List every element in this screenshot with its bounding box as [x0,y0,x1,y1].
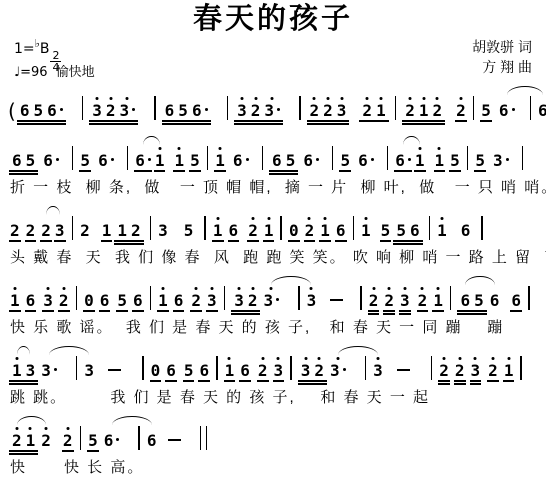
note: 2 [313,363,325,379]
barline [365,356,367,380]
note-digit: 6 [166,361,176,380]
dash-note [168,439,181,441]
note-digit: 6 [192,101,202,120]
note: 2 [58,293,70,309]
underline [116,310,128,311]
octave-dot [261,357,264,360]
note-digit: 5 [190,151,200,170]
note-digit: 3 [234,291,244,310]
octave-dot [267,217,270,220]
note-digit: 1 [155,151,165,170]
underline [432,310,444,311]
note: 3 [372,363,384,379]
note-digit: 6 [147,431,157,450]
note-group: 56 [393,223,422,239]
underline [269,173,298,174]
octave-dot [324,217,327,220]
note: 1 [319,223,331,239]
note-group: 656 [17,103,66,119]
barline [227,96,229,120]
barline [473,96,475,120]
note: 3 [54,223,66,239]
note: 5 [87,433,99,449]
note: 5 [339,153,351,169]
note-digit: 2 [10,221,20,240]
notation-row: 133306561623323322321 [6,345,540,387]
slur-arc [49,346,89,355]
note: 2 [105,103,117,119]
underline [9,450,38,451]
note-digit: 2 [131,221,141,240]
note-digit: 2 [488,361,498,380]
barline [262,146,264,170]
octave-dot [443,357,446,360]
octave-dot [216,217,219,220]
barline [224,286,226,310]
note-digit: 1 [264,221,274,240]
note: 6 [46,103,64,119]
note-digit: 2 [314,361,324,380]
note: 3 [206,293,218,309]
barline [520,356,522,380]
underline [54,240,66,241]
note: 2 [455,103,467,119]
octave-dot [109,97,112,100]
underline [79,170,91,171]
octave-dot [436,97,439,100]
notation-row: (656323656323223212122566) [6,85,540,128]
note: 2 [454,363,466,379]
underline [257,380,269,381]
octave-dot [45,427,48,430]
note-digit: 3 [264,101,274,120]
note: 2 [361,103,373,119]
octave-dot [308,217,311,220]
octave-dot [313,97,316,100]
slur-arc [112,416,152,425]
barline [429,216,431,240]
note: 6 [134,153,152,169]
underline [17,123,66,124]
underline [9,380,38,381]
note-digit: 2 [439,361,449,380]
note-digit: 2 [248,291,258,310]
underline [40,240,52,241]
note: 3 [42,293,54,309]
note: 6 [271,153,283,169]
note-digit: 5 [481,101,491,120]
note-digit: 2 [432,101,442,120]
dash-note [330,299,343,301]
note: 1 [434,153,446,169]
credits: 胡敦骈 词 方 翔 曲 [472,37,532,78]
octave-dot [507,357,510,360]
note-digit: 5 [396,221,406,240]
augmentation-dot [246,158,249,161]
note: 5 [189,153,201,169]
underline [480,120,492,121]
note-digit: 5 [26,151,36,170]
note: 0 [288,223,300,239]
underline [380,240,392,241]
final-barline [200,426,207,450]
note: 1 [11,363,23,379]
notation-row: 222321123516210216155616 [6,205,540,247]
note-group: 323 [89,103,138,119]
note: 2 [40,433,52,449]
note-digit: 3 [26,361,36,380]
underline [273,380,285,381]
note: 2 [190,293,202,309]
note: 2 [250,103,262,119]
barline [395,96,397,120]
note-digit: 3 [263,291,273,310]
barline [72,216,74,240]
note-digit: 5 [88,431,98,450]
underline [83,310,95,311]
underline [132,310,144,311]
octave-dot [388,287,391,290]
note: 6 [165,363,177,379]
note-digit: 1 [12,361,22,380]
note-group: 21 [9,433,38,449]
note-digit: 2 [106,101,116,120]
underline [434,170,446,171]
note: 3 [470,363,482,379]
note-digit: 2 [251,101,261,120]
notation-row: 2122566 [6,415,540,457]
note: 5 [183,363,195,379]
note-digit: 2 [26,221,36,240]
note: 1 [436,223,448,239]
underline [247,240,259,241]
octave-dot [277,357,280,360]
note: 2 [383,293,395,309]
underline [99,310,111,311]
note: 3 [492,153,510,169]
note-digit: 3 [43,291,53,310]
underline [298,383,327,384]
barline [127,146,129,170]
underline [269,170,298,171]
key-prefix: 1= [14,41,35,57]
note-digit: 1 [213,221,223,240]
note-group: 656 [162,103,211,119]
note-digit: 5 [178,101,188,120]
note-digit: 1 [26,431,36,450]
underline [114,243,143,244]
underline [393,243,422,244]
underline [25,240,37,241]
note-digit: 3 [120,101,130,120]
underline [394,170,412,171]
note-digit: 6 [240,361,250,380]
note-digit: 2 [41,221,51,240]
octave-dot [304,357,307,360]
lyricist-credit: 胡敦骈 词 [472,37,532,57]
underline [402,120,445,121]
note: 3 [336,103,348,119]
octave-dot [62,287,65,290]
note: 6 [228,223,240,239]
slur-arc [143,136,160,145]
barline [522,146,524,170]
augmentation-dot [512,108,515,111]
note-digit: 1 [361,221,371,240]
note-digit: 0 [289,221,299,240]
underline [17,120,66,121]
note-digit: 3 [207,291,217,310]
note: 6 [103,433,121,449]
octave-dot [422,97,425,100]
note-digit: 1 [504,361,514,380]
underline [470,380,482,381]
note: 6 [409,223,421,239]
lyrics-row: 快 乐 歌 谣。 我 们 是 春 天 的 孩 子, 和 春 天 一 同 蹦 蹦 [6,319,540,338]
underline [399,310,411,311]
note-digit: 1 [320,221,330,240]
octave-dot [491,357,494,360]
underline [438,380,450,381]
note-digit: 5 [475,151,485,170]
barline [467,146,469,170]
note: 1 [173,153,185,169]
underline [154,170,166,171]
note: 6 [132,293,144,309]
note: 5 [116,293,128,309]
note: 1 [418,103,430,119]
note: 2 [304,223,316,239]
note-digit: 2 [12,431,22,450]
barline [431,356,433,380]
underline [457,310,486,311]
note-digit: 6 [98,151,108,170]
octave-dot [126,97,129,100]
octave-dot [440,217,443,220]
note: 3 [329,363,347,379]
note-digit: 3 [301,361,311,380]
octave-dot [364,217,367,220]
augmentation-dot [116,438,119,441]
note: 6 [173,293,185,309]
underline [89,120,138,121]
barline [299,96,301,120]
music-system: 2122566快 快 长 高。 [6,415,540,478]
note: 1 [263,223,275,239]
barline [353,216,355,240]
note-digit: 2 [191,291,201,310]
barline [290,356,292,380]
octave-dot [238,287,241,290]
note: 3 [263,103,281,119]
note: 1 [432,293,444,309]
note: 0 [150,363,162,379]
underline [239,380,251,381]
lyrics-row: 折 一 枝 柳 条, 做 一 顶 帽 帽, 摘 一 片 柳 叶, 做 一 只 哨… [6,179,540,198]
barline [80,426,82,450]
note-digit: 1 [419,101,429,120]
key-letter: B [40,41,50,57]
note-digit: 6 [511,291,521,310]
note: 5 [285,153,297,169]
octave-dot [210,287,213,290]
octave-dot [326,97,329,100]
underline [402,123,445,124]
underline [162,123,211,124]
underline [455,120,467,121]
underline [383,310,395,311]
underline [134,170,152,171]
octave-dot [66,427,69,430]
note: 6 [11,153,23,169]
note: 2 [40,223,52,239]
augmentation-dot [277,108,280,111]
note-digit: 6 [229,221,239,240]
mood-text: 愉快地 [56,64,95,79]
note: 3 [399,293,411,309]
note: 6 [394,153,412,169]
octave-dot [195,287,198,290]
note-group: 21 [359,103,388,119]
note-digit: 6 [303,151,313,170]
note-digit: 5 [33,101,43,120]
note: 2 [322,103,334,119]
barline [528,286,530,310]
note: 6 [239,363,251,379]
note-digit: 6 [174,291,184,310]
underline [173,170,185,171]
note: 6 [335,223,347,239]
underline [162,120,211,121]
note: 3 [40,363,58,379]
note: 3 [119,103,137,119]
note: 5 [32,103,44,119]
octave-dot [96,97,99,100]
note-digit: 5 [340,151,350,170]
note: 1 [101,223,113,239]
note-digit: 6 [47,101,57,120]
augmentation-dot [148,158,151,161]
note: 5 [449,153,461,169]
note: 1 [116,223,128,239]
note: 3 [262,293,280,309]
note: 6 [25,293,37,309]
note: 6 [537,103,546,119]
dash-note [108,369,121,371]
barline [76,356,78,380]
note: 6 [164,103,176,119]
note-digit: 2 [405,101,415,120]
notation-body: (656323656323223212122566)65656611516656… [6,85,540,478]
note: 3 [157,223,169,239]
underline [399,313,411,314]
note: 6 [198,363,210,379]
barline [207,146,209,170]
underline [25,310,37,311]
note-digit: 6 [461,221,471,240]
note: 5 [474,153,486,169]
octave-dot [366,97,369,100]
note-digit: 6 [358,151,368,170]
underline [304,240,316,241]
note-digit: 2 [362,101,372,120]
note-digit: 3 [307,291,317,310]
augmentation-dot [316,158,319,161]
note: 1 [224,363,236,379]
octave-dot [178,147,181,150]
note-digit: 6 [133,291,143,310]
augmentation-dot [343,368,346,371]
note: 2 [257,363,269,379]
note-digit: 1 [117,221,127,240]
parenthesis: ( [8,99,16,123]
barline [332,146,334,170]
octave-dot [372,287,375,290]
note-digit: 5 [450,151,460,170]
octave-dot [161,287,164,290]
augmentation-dot [54,368,57,371]
note-digit: 2 [305,221,315,240]
note-group: 212 [402,103,445,119]
underline [206,310,218,311]
slur-arc [507,86,543,95]
augmentation-dot [276,298,279,301]
music-system: 133306561623323322321跳 跳。 我 们 是 春 天 的 孩 … [6,345,540,408]
underline [173,310,185,311]
augmentation-dot [205,108,208,111]
slur-arc [403,136,420,145]
octave-dot [240,97,243,100]
note: 6 [459,293,471,309]
note: 6 [42,153,60,169]
note-digit: 1 [158,291,168,310]
underline [9,310,21,311]
octave-dot [228,357,231,360]
underline [307,120,350,121]
underline [9,383,38,384]
barline [298,286,300,310]
underline [212,240,224,241]
note-digit: 1 [215,151,225,170]
note: 6 [191,103,209,119]
note-digit: 6 [135,151,145,170]
note: 1 [25,433,37,449]
underline [339,170,351,171]
note: 5 [25,153,37,169]
barline [150,286,152,310]
lyrics-row: 头 戴 春 天 我 们 像 春 风 跑 跑 笑 笑。 吹 响 柳 哨 一 路 上… [6,249,540,268]
note-digit: 1 [435,151,445,170]
note: 6 [97,153,115,169]
octave-dot [458,357,461,360]
barline [76,286,78,310]
dash-note [397,369,410,371]
note: 3 [236,103,248,119]
note-digit: 2 [80,221,90,240]
barline [82,96,84,120]
note-digit: 5 [381,221,391,240]
octave-dot [13,287,16,290]
octave-dot [271,97,274,100]
note-digit: 3 [493,151,503,170]
note-group: 65 [457,293,486,309]
note-digit: 2 [455,361,465,380]
note: 3 [25,363,37,379]
note-digit: 1 [437,221,447,240]
octave-dot [15,357,18,360]
music-system: 1632065616233233223216566快 乐 歌 谣。 我 们 是 … [6,275,540,338]
note: 6 [146,433,158,449]
